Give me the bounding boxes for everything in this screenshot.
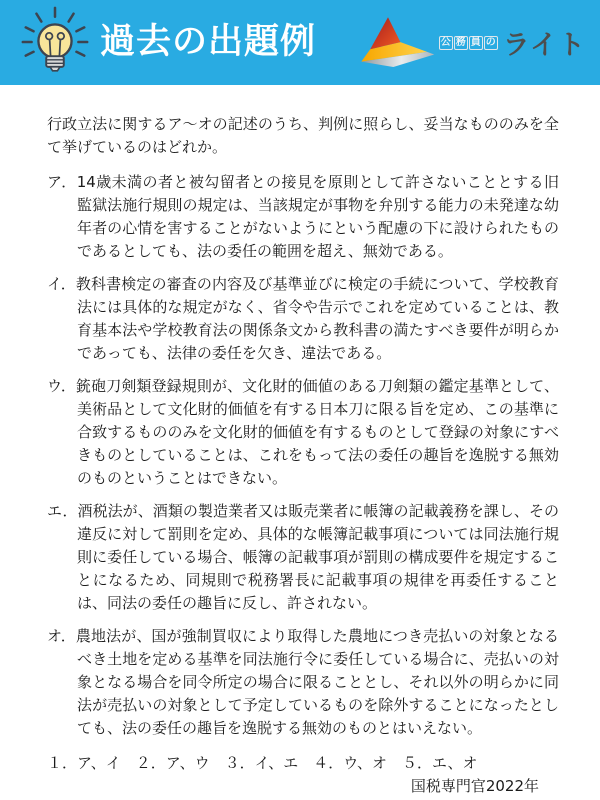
option-u-text: 銃砲刀剣類登録規則が、文化財的価値のある刀剣類の鑑定基準として、美術品として文化… — [76, 377, 559, 487]
paper-plane-icon — [356, 14, 436, 72]
option-i-text: 教科書検定の審査の内容及び基準並びに検定の手続について、学校教育法には具体的な規… — [76, 275, 559, 362]
option-o-text: 農地法が、国が強制買収により取得した農地につき売払いの対象となるべき土地を定める… — [76, 627, 559, 737]
option-o: オ．農地法が、国が強制買収により取得した農地につき売払いの対象となるべき土地を定… — [47, 625, 559, 740]
option-u-label: ウ． — [47, 377, 76, 395]
logo-prefix-text: 公 務 員 の — [439, 36, 498, 50]
logo-prefix-char: 員 — [469, 36, 483, 50]
logo-prefix-char: 務 — [454, 36, 468, 50]
option-a-label: ア． — [47, 173, 77, 191]
option-i: イ．教科書検定の審査の内容及び基準並びに検定の手続について、学校教育法には具体的… — [47, 273, 559, 365]
page-title: 過去の出題例 — [100, 0, 316, 85]
brand-name: ライト — [503, 23, 586, 62]
brand-logo: 公 務 員 の ライト — [356, 14, 586, 72]
option-e: エ．酒税法が、酒類の製造業者又は販売業者に帳簿の記載義務を課し、その違反に対して… — [47, 500, 559, 615]
logo-prefix-char: の — [484, 36, 498, 50]
exam-source: 国税専門官2022年 — [47, 775, 559, 798]
option-a: ア．14歳未満の者と被勾留者との接見を原則として許さないこととする旧監獄法施行規… — [47, 171, 559, 263]
logo-prefix-char: 公 — [439, 36, 453, 50]
option-e-label: エ． — [47, 502, 78, 520]
question-body: 行政立法に関するア〜オの記述のうち、判例に照らし、妥当なもののみを全て挙げている… — [0, 85, 600, 798]
option-e-text: 酒税法が、酒類の製造業者又は販売業者に帳簿の記載義務を課し、その違反に対して罰則… — [77, 502, 559, 612]
page: 過去の出題例 — [0, 0, 600, 800]
answer-choices: １．ア、イ ２．ア、ウ ３．イ、エ ４．ウ、オ ５．エ、オ — [47, 752, 559, 775]
option-o-label: オ． — [47, 627, 76, 645]
header-banner: 過去の出題例 — [0, 0, 600, 85]
lightbulb-icon — [16, 3, 94, 83]
question-text: 行政立法に関するア〜オの記述のうち、判例に照らし、妥当なもののみを全て挙げている… — [47, 113, 559, 159]
option-u: ウ．銃砲刀剣類登録規則が、文化財的価値のある刀剣類の鑑定基準として、美術品として… — [47, 375, 559, 490]
option-a-text: 14歳未満の者と被勾留者との接見を原則として許さないこととする旧監獄法施行規則の… — [77, 173, 559, 260]
option-i-label: イ． — [47, 275, 76, 293]
